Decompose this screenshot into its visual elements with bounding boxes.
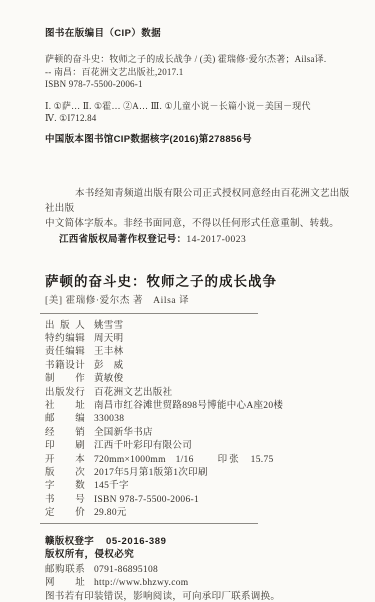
gan-copyright-number: 05-2016-389 — [106, 535, 166, 549]
cip-record-block: 萨顿的奋斗史：牧师之子的成长战争 / (美) 霍瑞修·爱尔杰著；Ailsa译. … — [45, 53, 357, 91]
book-title: 萨顿的奋斗史：牧师之子的成长战争 — [45, 272, 357, 291]
sheets-value: 15.75 — [251, 454, 274, 467]
field-value: 720mm×1000mm 1/16 — [94, 454, 194, 467]
authorization-block: 本书经知青频道出版有限公司正式授权同意经由百花洲文艺出版社出版 中文简体字版本。… — [45, 187, 357, 248]
field-value: 王丰林 — [94, 346, 123, 359]
field-label: 特约编辑 — [45, 333, 85, 346]
publication-row-format: 开本 720mm×1000mm 1/16 印张 15.75 — [45, 454, 357, 467]
misprint-note: 图书若有印装错误，影响阅读，可向承印厂联系调换。 — [45, 591, 357, 602]
rights-notice: 版权所有，侵权必究 — [45, 548, 357, 562]
copyright-registration-line: 江西省版权局著作权登记号：14-2017-0023 — [45, 232, 357, 248]
copyright-page: 图书在版编目（CIP）数据 萨顿的奋斗史：牧师之子的成长战争 / (美) 霍瑞修… — [0, 0, 375, 602]
contact-block: 邮购联系 0791-86895108 网址 http://www.bhzwy.c… — [45, 564, 357, 602]
publication-row: 版次 2017年5月第1版第1次印刷 — [45, 467, 357, 480]
cip-title-line: 萨顿的奋斗史：牧师之子的成长战争 / (美) 霍瑞修·爱尔杰著；Ailsa译. — [45, 53, 357, 66]
field-value: 百花洲文艺出版社 — [94, 387, 172, 400]
publication-info-list: 出版人 姚雪雪 特约编辑 周天明 责任编辑 王丰林 书籍设计 彭 威 制作 黄敏… — [45, 320, 357, 521]
field-value: 江西千叶彩印有限公司 — [94, 440, 192, 453]
authorization-line: 本书经知青频道出版有限公司正式授权同意经由百花洲文艺出版社出版 — [45, 187, 357, 217]
cip-classification-line: Ⅳ. ①I712.84 — [45, 112, 357, 125]
authorization-line: 中文简体字版本。非经书面同意，不得以任何形式任意重制、转载。 — [45, 217, 357, 232]
publication-row: 责任编辑 王丰林 — [45, 346, 357, 359]
publication-row: 出版人 姚雪雪 — [45, 320, 357, 333]
cip-publisher-line: -- 南昌：百花洲文艺出版社,2017.1 — [45, 66, 357, 79]
field-value: 周天明 — [94, 333, 123, 346]
publication-row: 印刷 江西千叶彩印有限公司 — [45, 440, 357, 453]
field-value: 黄敏俊 — [94, 373, 123, 386]
website-url: http://www.bhzwy.com — [94, 577, 188, 591]
mail-order-row: 邮购联系 0791-86895108 — [45, 564, 357, 578]
field-value: 彭 威 — [94, 360, 123, 373]
field-label: 出版发行 — [45, 387, 85, 400]
publication-row: 经销 全国新华书店 — [45, 427, 357, 440]
field-label: 书籍设计 — [45, 360, 85, 373]
field-value: 330038 — [94, 413, 124, 426]
publication-row: 社址 南昌市红谷滩世贸路898号博能中心A座20楼 — [45, 400, 357, 413]
field-label: 邮购联系 — [45, 564, 85, 578]
field-value: 全国新华书店 — [94, 427, 153, 440]
field-value: 2017年5月第1版第1次印刷 — [94, 467, 208, 480]
field-label: 经销 — [45, 427, 85, 440]
publication-row: 特约编辑 周天明 — [45, 333, 357, 346]
website-row: 网址 http://www.bhzwy.com — [45, 577, 357, 591]
cip-record-number: 中国版本图书馆CIP数据核字(2016)第278856号 — [45, 133, 357, 146]
field-label: 制作 — [45, 373, 85, 386]
field-label: 网址 — [45, 577, 85, 591]
field-label: 社址 — [45, 400, 85, 413]
publication-row: 邮编 330038 — [45, 413, 357, 426]
field-label: 邮编 — [45, 413, 85, 426]
cip-heading: 图书在版编目（CIP）数据 — [45, 27, 357, 40]
provincial-copyright-line: 赣版权登字 05-2016-389 — [45, 535, 357, 549]
cip-classification-line: Ⅰ. ①萨… Ⅱ. ①霍… ②A… Ⅲ. ①儿童小说－长篇小说－美国－现代 — [45, 100, 357, 113]
gan-copyright-label: 赣版权登字 — [45, 535, 94, 549]
field-label: 书号 — [45, 494, 85, 507]
publication-row: 字数 145千字 — [45, 480, 357, 493]
publication-row: 书号 ISBN 978-7-5500-2006-1 — [45, 494, 357, 507]
field-label: 版次 — [45, 467, 85, 480]
field-label: 责任编辑 — [45, 346, 85, 359]
footer-block: 赣版权登字 05-2016-389 版权所有，侵权必究 邮购联系 0791-86… — [45, 535, 357, 602]
publication-row: 定价 29.80元 — [45, 507, 357, 520]
field-label: 字数 — [45, 480, 85, 493]
field-label: 出版人 — [45, 320, 85, 333]
publication-row: 出版发行 百花洲文艺出版社 — [45, 387, 357, 400]
registration-label: 江西省版权局著作权登记号： — [59, 234, 186, 245]
field-value: 姚雪雪 — [94, 320, 123, 333]
mail-order-phone: 0791-86895108 — [94, 564, 158, 578]
field-label: 印刷 — [45, 440, 85, 453]
field-value: 145千字 — [94, 480, 129, 493]
cip-isbn-line: ISBN 978-7-5500-2006-1 — [45, 78, 357, 91]
field-label: 开本 — [45, 454, 85, 467]
field-value: ISBN 978-7-5500-2006-1 — [94, 494, 199, 507]
sheets-label: 印张 — [218, 454, 241, 467]
publication-row: 制作 黄敏俊 — [45, 373, 357, 386]
divider — [40, 313, 258, 314]
field-value: 南昌市红谷滩世贸路898号博能中心A座20楼 — [94, 400, 283, 413]
field-value: 29.80元 — [94, 507, 127, 520]
publication-row: 书籍设计 彭 威 — [45, 360, 357, 373]
book-byline: [美] 霍瑞修·爱尔杰 著 Ailsa 译 — [45, 295, 357, 308]
field-label: 定价 — [45, 507, 85, 520]
divider — [40, 523, 258, 524]
cip-classification-block: Ⅰ. ①萨… Ⅱ. ①霍… ②A… Ⅲ. ①儿童小说－长篇小说－美国－现代 Ⅳ.… — [45, 100, 357, 125]
registration-number: 14-2017-0023 — [186, 235, 246, 245]
